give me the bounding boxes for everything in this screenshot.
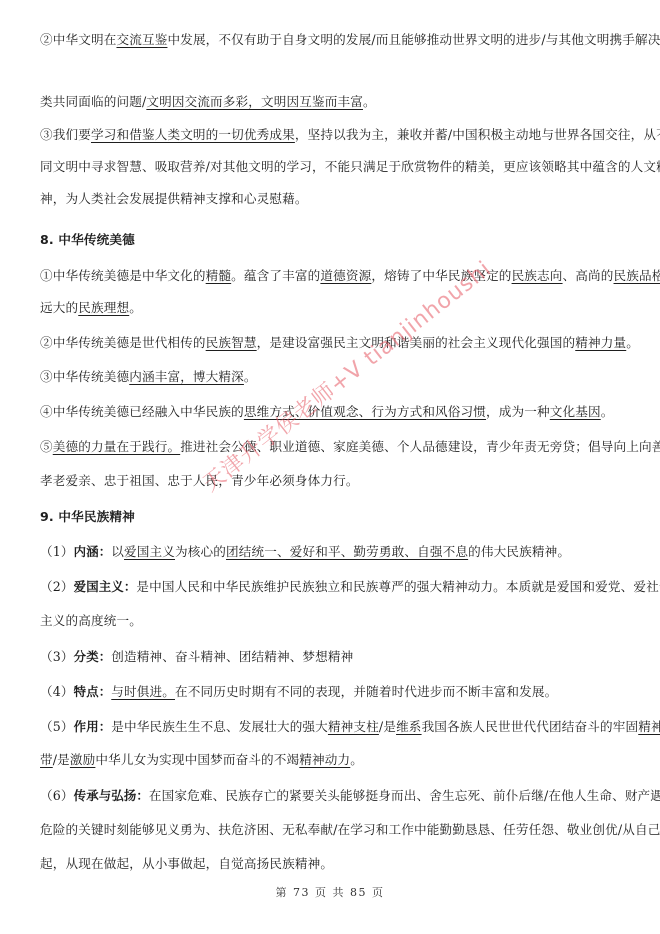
bold-label: 传承与弘扬： <box>74 788 149 803</box>
text-run: （1） <box>40 544 74 559</box>
text-run: 在不同历史时期有不同的表现，并随着时代进步而不断丰富和发展。 <box>175 684 557 699</box>
text-run: （4） <box>40 684 74 699</box>
text-run: /是 <box>53 752 70 767</box>
underlined-key-phrase: 民族智慧 <box>206 335 257 350</box>
text-run: （3） <box>40 649 74 664</box>
text-run: 是中华民族生生不息、发展壮大的强大 <box>111 719 328 734</box>
underlined-key-phrase: 文化基因 <box>550 404 601 419</box>
section-9-item-1: （1）内涵：以爱国主义为核心的团结统一、爱好和平、勤劳勇敢、自强不息的伟大民族精… <box>40 543 630 561</box>
section-9-item-6-line-1: （6）传承与弘扬：在国家危难、民族存亡的紧要关头能够挺身而出、舍生忘死、前仆后继… <box>40 787 630 805</box>
paragraph-civilization-3-line-2: 同文明中寻求智慧、吸取营养/对其他文明的学习，不能只满足于欣赏物件的精美，更应该… <box>40 158 630 176</box>
text-run: 。 <box>129 300 142 315</box>
bold-label: 爱国主义： <box>74 579 137 594</box>
section-9-item-2-line-1: （2）爱国主义：是中国人民和中华民族维护民族独立和民族尊严的强大精神动力。本质就… <box>40 578 630 596</box>
section-9-item-3: （3）分类：创造精神、奋斗精神、团结精神、梦想精神 <box>40 648 630 666</box>
text-run: 。蕴含了丰富的 <box>231 268 320 283</box>
section-9-item-6-line-3: 起，从现在做起，从小事做起，自觉高扬民族精神。 <box>40 855 630 873</box>
text-run: （2） <box>40 579 74 594</box>
section-9-item-2-line-2: 主义的高度统一。 <box>40 612 630 630</box>
underlined-key-phrase: 精髓 <box>206 268 232 283</box>
bold-label: 内涵： <box>74 544 112 559</box>
text-run: （5） <box>40 719 74 734</box>
text-run: 中发展，不仅有助于自身文明的发展/而且能够推动世界文明的进步/与其他文明携手解决… <box>167 32 660 47</box>
text-run: 危险的关键时刻能够见义勇为、扶危济困、无私奉献/在学习和工作中能勤勤恳恳、任劳任… <box>40 822 660 837</box>
underlined-key-phrase: 精神纽 <box>638 719 660 734</box>
section-9-item-5-line-1: （5）作用：是中华民族生生不息、发展壮大的强大精神支柱/是维系我国各族人民世世代… <box>40 718 630 736</box>
section-8-item-2: ②中华传统美德是世代相传的民族智慧，是建设富强民主文明和谐美丽的社会主义现代化强… <box>40 334 630 352</box>
bold-label: 作用： <box>74 719 112 734</box>
underlined-key-phrase: 精神动力 <box>299 752 350 767</box>
section-8-item-4: ④中华传统美德已经融入中华民族的思维方式、价值观念、行为方式和风俗习惯，成为一种… <box>40 403 630 421</box>
text-run: 为核心的 <box>175 544 226 559</box>
underlined-key-phrase: 与时俱进。 <box>111 684 175 699</box>
section-8-item-3: ③中华传统美德内涵丰富，博大精深。 <box>40 368 630 386</box>
paragraph-civilization-2-line-1: ②中华文明在交流互鉴中发展，不仅有助于自身文明的发展/而且能够推动世界文明的进步… <box>40 31 630 49</box>
underlined-key-phrase: 民族品格 <box>614 268 660 283</box>
text-run: ，是建设富强民主文明和谐美丽的社会主义现代化强国的 <box>257 335 576 350</box>
text-run: 神，为人类社会发展提供精神支撑和心灵慰藉。 <box>40 191 308 206</box>
underlined-key-phrase: 精神力量 <box>575 335 626 350</box>
underlined-key-phrase: 交流互鉴 <box>116 32 167 47</box>
section-8-item-1-line-1: ①中华传统美德是中华文化的精髓。蕴含了丰富的道德资源，熔铸了中华民族坚定的民族志… <box>40 267 630 285</box>
paragraph-civilization-2-line-2: 类共同面临的问题/文明因交流而多彩，文明因互鉴而丰富。 <box>40 93 630 111</box>
section-8-heading: 8. 中华传统美德 <box>40 231 630 249</box>
text-run: （6） <box>40 788 74 803</box>
text-run: 同文明中寻求智慧、吸取营养/对其他文明的学习，不能只满足于欣赏物件的精美，更应该… <box>40 159 660 174</box>
text-run: 。 <box>601 404 614 419</box>
document-page: ②中华文明在交流互鉴中发展，不仅有助于自身文明的发展/而且能够推动世界文明的进步… <box>0 0 660 934</box>
section-9-item-5-line-2: 带/是激励中华儿女为实现中国梦而奋斗的不竭精神动力。 <box>40 751 630 769</box>
text-run: 类共同面临的问题/ <box>40 94 146 109</box>
text-run: 。 <box>350 752 363 767</box>
text-run: 主义的高度统一。 <box>40 613 142 628</box>
underlined-key-phrase: 精神支柱 <box>328 719 379 734</box>
text-run: 起，从现在做起，从小事做起，自觉高扬民族精神。 <box>40 856 333 871</box>
text-run: ③中华传统美德 <box>40 369 129 384</box>
text-run: 。 <box>363 94 376 109</box>
text-run: 的伟大民族精神。 <box>468 544 570 559</box>
bold-label: 分类： <box>74 649 112 664</box>
text-run: ⑤ <box>40 439 53 454</box>
text-run: 中华儿女为实现中国梦而奋斗的不竭 <box>95 752 299 767</box>
section-8-item-1-line-2: 远大的民族理想。 <box>40 299 630 317</box>
text-run: ，熔铸了中华民族坚定的 <box>371 268 511 283</box>
underlined-key-phrase: 思维方式、价值观念、行为方式和风俗习惯 <box>244 404 486 419</box>
section-9-heading: 9. 中华民族精神 <box>40 508 630 526</box>
underlined-key-phrase: 美德的力量在于践行。 <box>53 439 180 454</box>
page-number-footer: 第 73 页 共 85 页 <box>0 884 660 900</box>
paragraph-civilization-3-line-3: 神，为人类社会发展提供精神支撑和心灵慰藉。 <box>40 190 630 208</box>
underlined-key-phrase: 团结统一、爱好和平、勤劳勇敢、自强不息 <box>226 544 468 559</box>
section-9-item-6-line-2: 危险的关键时刻能够见义勇为、扶危济困、无私奉献/在学习和工作中能勤勤恳恳、任劳任… <box>40 821 630 839</box>
text-run: 孝老爱亲、忠于祖国、忠于人民，青少年必须身体力行。 <box>40 473 359 488</box>
text-run: 推进社会公德、职业道德、家庭美德、个人品德建设，青少年责无旁贷；倡导向上向善、 <box>180 439 660 454</box>
section-8-item-5-line-2: 孝老爱亲、忠于祖国、忠于人民，青少年必须身体力行。 <box>40 472 630 490</box>
section-9-item-4: （4）特点：与时俱进。在不同历史时期有不同的表现，并随着时代进步而不断丰富和发展… <box>40 683 630 701</box>
underlined-key-phrase: 内涵丰富，博大精深 <box>129 369 244 384</box>
text-run: ，坚持以我为主，兼收并蓄/中国积极主动地与世界各国交往，从不 <box>295 127 660 142</box>
text-run: /是 <box>379 719 396 734</box>
text-run: 是中国人民和中华民族维护民族独立和民族尊严的强大精神动力。本质就是爱国和爱党、爱… <box>136 579 660 594</box>
text-run: 。 <box>244 369 257 384</box>
text-run: ，成为一种 <box>486 404 550 419</box>
underlined-key-phrase: 民族志向 <box>512 268 563 283</box>
underlined-key-phrase: 文明因交流而多彩，文明因互鉴而丰富 <box>146 94 363 109</box>
underlined-key-phrase: 道德资源 <box>320 268 371 283</box>
section-8-item-5-line-1: ⑤美德的力量在于践行。推进社会公德、职业道德、家庭美德、个人品德建设，青少年责无… <box>40 438 630 456</box>
text-run: ②中华文明在 <box>40 32 116 47</box>
underlined-key-phrase: 维系 <box>396 719 422 734</box>
underlined-key-phrase: 爱国主义 <box>124 544 175 559</box>
text-run: ④中华传统美德已经融入中华民族的 <box>40 404 244 419</box>
paragraph-civilization-3-line-1: ③我们要学习和借鉴人类文明的一切优秀成果，坚持以我为主，兼收并蓄/中国积极主动地… <box>40 126 630 144</box>
underlined-key-phrase: 带 <box>40 752 53 767</box>
text-run: 。 <box>626 335 639 350</box>
text-run: 远大的 <box>40 300 78 315</box>
underlined-key-phrase: 激励 <box>70 752 96 767</box>
text-run: ①中华传统美德是中华文化的 <box>40 268 206 283</box>
bold-label: 特点： <box>74 684 112 699</box>
text-run: 在国家危难、民族存亡的紧要关头能够挺身而出、舍生忘死、前仆后继/在他人生命、财产… <box>149 788 660 803</box>
text-run: 创造精神、奋斗精神、团结精神、梦想精神 <box>111 649 353 664</box>
underlined-key-phrase: 民族理想 <box>78 300 129 315</box>
text-run: ②中华传统美德是世代相传的 <box>40 335 206 350</box>
text-run: 、高尚的 <box>563 268 614 283</box>
text-run: ③我们要 <box>40 127 91 142</box>
text-run: 我国各族人民世世代代团结奋斗的牢固 <box>422 719 639 734</box>
underlined-key-phrase: 学习和借鉴人类文明的一切优秀成果 <box>91 127 295 142</box>
text-run: 以 <box>111 544 124 559</box>
